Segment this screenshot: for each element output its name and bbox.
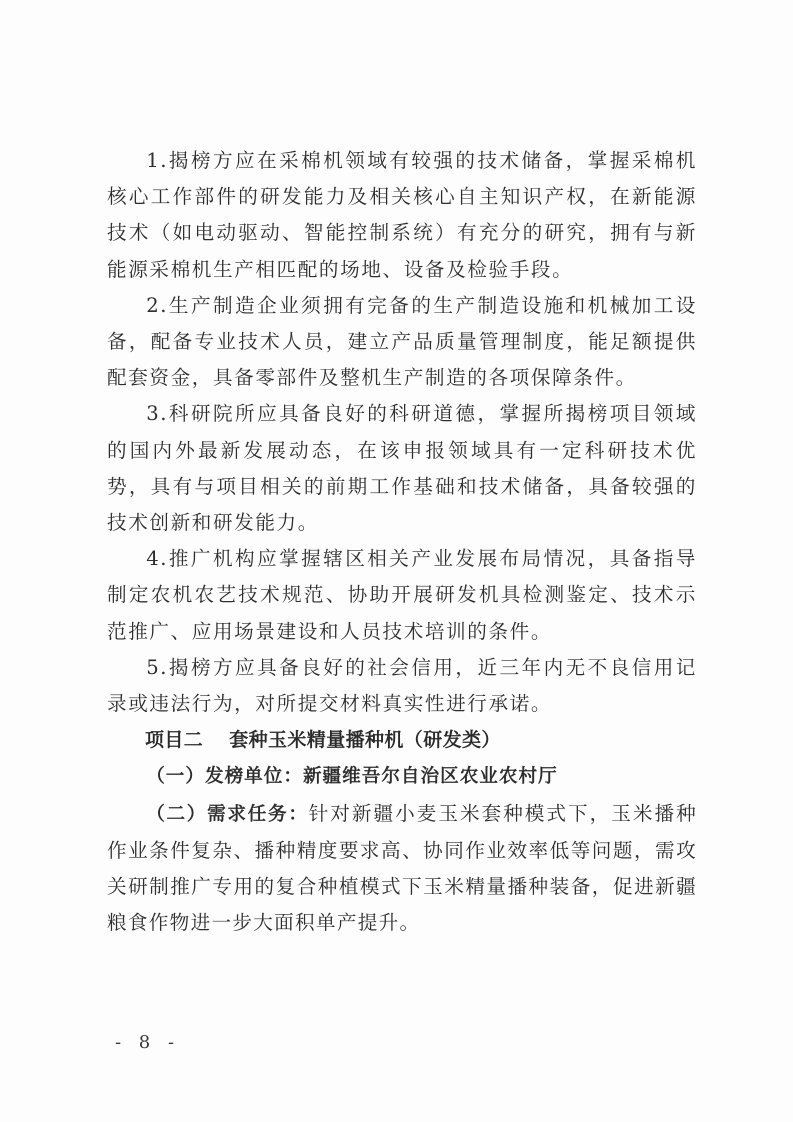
requirement-paragraph-5: 5.揭榜方应具备良好的社会信用，近三年内无不良信用记录或违法行为，对所提交材料真…: [107, 650, 697, 722]
requirement-paragraph-1: 1.揭榜方应在采棉机领域有较强的技术储备，掌握采棉机核心工作部件的研发能力及相关…: [107, 143, 697, 288]
requirement-paragraph-2: 2.生产制造企业须拥有完备的生产制造设施和机械加工设备，配备专业技术人员，建立产…: [107, 288, 697, 397]
project-heading: 项目二套种玉米精量播种机（研发类）: [107, 722, 697, 758]
requirement-paragraph-3: 3.科研院所应具备良好的科研道德，掌握所揭榜项目领域的国内外最新发展动态，在该申…: [107, 396, 697, 541]
document-page: 1.揭榜方应在采棉机领域有较强的技术储备，掌握采棉机核心工作部件的研发能力及相关…: [0, 0, 793, 1122]
project-number: 项目二: [145, 729, 203, 751]
page-content: 1.揭榜方应在采棉机领域有较强的技术储备，掌握采棉机核心工作部件的研发能力及相关…: [107, 143, 697, 941]
project-title: 套种玉米精量播种机（研发类）: [229, 729, 501, 751]
issuer-line: （一）发榜单位：新疆维吾尔自治区农业农村厅: [107, 758, 697, 795]
page-number: - 8 -: [115, 1032, 180, 1053]
requirement-paragraph-4: 4.推广机构应掌握辖区相关产业发展布局情况，具备指导制定农机农艺技术规范、协助开…: [107, 541, 697, 650]
issuer-value: 新疆维吾尔自治区农业农村厅: [303, 766, 558, 787]
task-paragraph: （二）需求任务：针对新疆小麦玉米套种模式下，玉米播种作业条件复杂、播种精度要求高…: [107, 796, 697, 942]
issuer-label: （一）发榜单位：: [146, 766, 303, 787]
task-label: （二）需求任务：: [146, 804, 309, 825]
